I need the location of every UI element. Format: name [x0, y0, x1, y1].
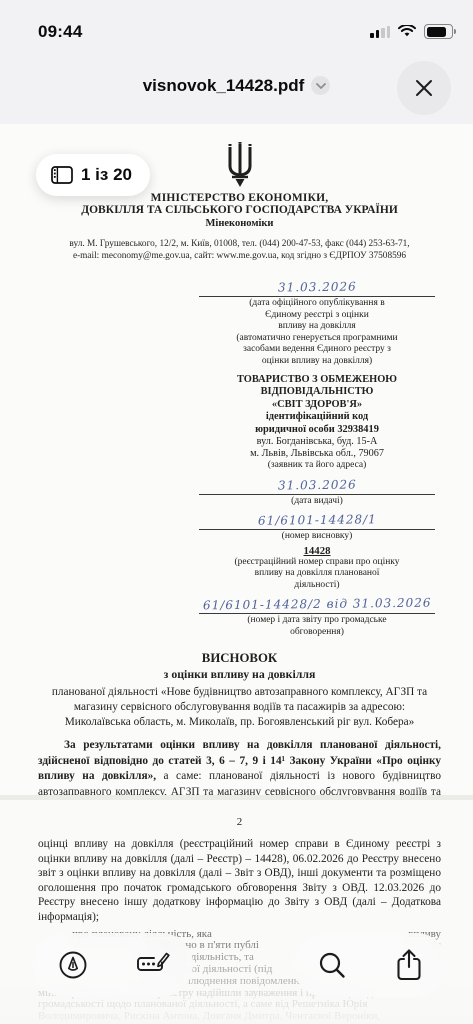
caption-line: впливу на довкілля планованої [199, 568, 435, 580]
autofill-form-button[interactable] [131, 943, 175, 987]
caption-line: засобами ведення Єдиного реєстру з [199, 344, 435, 356]
company-name-line: «СВІТ ЗДОРОВ'Я» [199, 399, 435, 411]
faded-line: Володимировича, Рискіна Антона, Довганя … [38, 1011, 441, 1023]
caption-line: (дата офіційного опублікування в [199, 298, 435, 310]
company-code-line: юридичної особи 32938419 [199, 424, 435, 436]
chevron-down-icon[interactable] [311, 76, 330, 95]
status-bar: 09:44 [0, 0, 473, 56]
caption-conclusion-number: (номер висновку) [199, 531, 435, 543]
handwritten-issue-date: 31.03.2026 [278, 477, 357, 492]
pdf-viewer[interactable]: 1 із 20 МІНІСТЕРСТВО ЕКОНОМІКИ, ДОВКІЛЛЯ… [0, 124, 473, 1024]
caption-line: (реєстраційний номер справи про оцінку [199, 557, 435, 569]
company-address-line: вул. Богданівська, буд. 15-А [199, 436, 435, 448]
handwritten-report-number: 61/6101-14428/2 від 31.03.2026 [203, 596, 432, 613]
page-indicator-label: 1 із 20 [81, 165, 132, 185]
close-icon [413, 77, 435, 99]
caption-line: діяльності) [199, 580, 435, 592]
bottom-toolbar [0, 933, 473, 999]
document-requisites-block: 31.03.2026 (дата офіційного опублікуванн… [199, 278, 435, 638]
share-button[interactable] [387, 943, 431, 987]
handwritten-conclusion-number: 61/6101-14428/1 [258, 513, 377, 528]
wifi-icon [398, 25, 416, 38]
ministry-address-line1: вул. М. Грушевського, 12/2, м. Київ, 010… [38, 238, 441, 250]
caption-line: (номер і дата звіту про громадське [199, 615, 435, 627]
caption-line: оцінки впливу на довкілля) [199, 356, 435, 368]
page2-paragraph: оцінці впливу на довкілля (реєстраційний… [38, 837, 441, 925]
battery-icon [424, 24, 453, 39]
markup-pen-icon [57, 949, 89, 981]
ministry-short-name: Мінекономіки [38, 218, 441, 229]
autofill-form-icon [135, 950, 171, 980]
conclusion-title: ВИСНОВОК [38, 651, 441, 666]
trident-emblem [223, 142, 257, 188]
caption-line: Єдиному реєстрі з оцінки [199, 310, 435, 322]
search-icon [317, 950, 347, 980]
title-bar: visnovok_14428.pdf [0, 58, 473, 120]
signal-icon [370, 26, 390, 38]
project-description-line: Миколаївська область, м. Миколаїв, пр. Б… [38, 715, 441, 730]
share-icon [395, 948, 423, 982]
project-description-line: планованої діяльності «Нове будівництво … [38, 685, 441, 700]
project-description-line: магазину сервісного обслуговування водії… [38, 700, 441, 715]
caption-line: впливу на довкілля [199, 321, 435, 333]
handwritten-publication-date: 31.03.2026 [278, 280, 357, 295]
conclusion-subtitle: з оцінки впливу на довкілля [38, 667, 441, 682]
faded-line: громадськості щодо планованої діяльності… [38, 999, 441, 1011]
caption-line: (автоматично генерується програмними [199, 333, 435, 345]
close-button[interactable] [397, 61, 451, 115]
registry-case-number: 14428 [199, 545, 435, 557]
company-name-line: ТОВАРИСТВО З ОБМЕЖЕНОЮ [199, 374, 435, 386]
caption-line: обговорення) [199, 627, 435, 639]
clock: 09:44 [38, 22, 82, 42]
page-number: 2 [38, 816, 441, 828]
company-code-line: ідентифікаційний код [199, 411, 435, 423]
company-name-line: ВІДПОВІДАЛЬНІСТЮ [199, 386, 435, 398]
search-button[interactable] [310, 943, 354, 987]
caption-applicant: (заявник та його адреса) [199, 460, 435, 472]
pages-thumbnail-icon [51, 166, 73, 184]
page-indicator[interactable]: 1 із 20 [36, 154, 150, 196]
caption-issue-date: (дата видачі) [199, 496, 435, 508]
markup-tools-pill [33, 933, 193, 997]
search-share-pill [293, 933, 448, 997]
filename-label: visnovok_14428.pdf [143, 76, 305, 95]
markup-button[interactable] [51, 943, 95, 987]
ministry-name-line2: ДОВКІЛЛЯ ТА СІЛЬСЬКОГО ГОСПОДАРСТВА УКРА… [38, 204, 441, 216]
company-address-line: м. Львів, Львівська обл., 79067 [199, 448, 435, 460]
ministry-address-line2: e-mail: meconomy@me.gov.ua, сайт: www.me… [38, 250, 441, 262]
pdf-page-1: МІНІСТЕРСТВО ЕКОНОМІКИ, ДОВКІЛЛЯ ТА СІЛЬ… [0, 124, 473, 795]
